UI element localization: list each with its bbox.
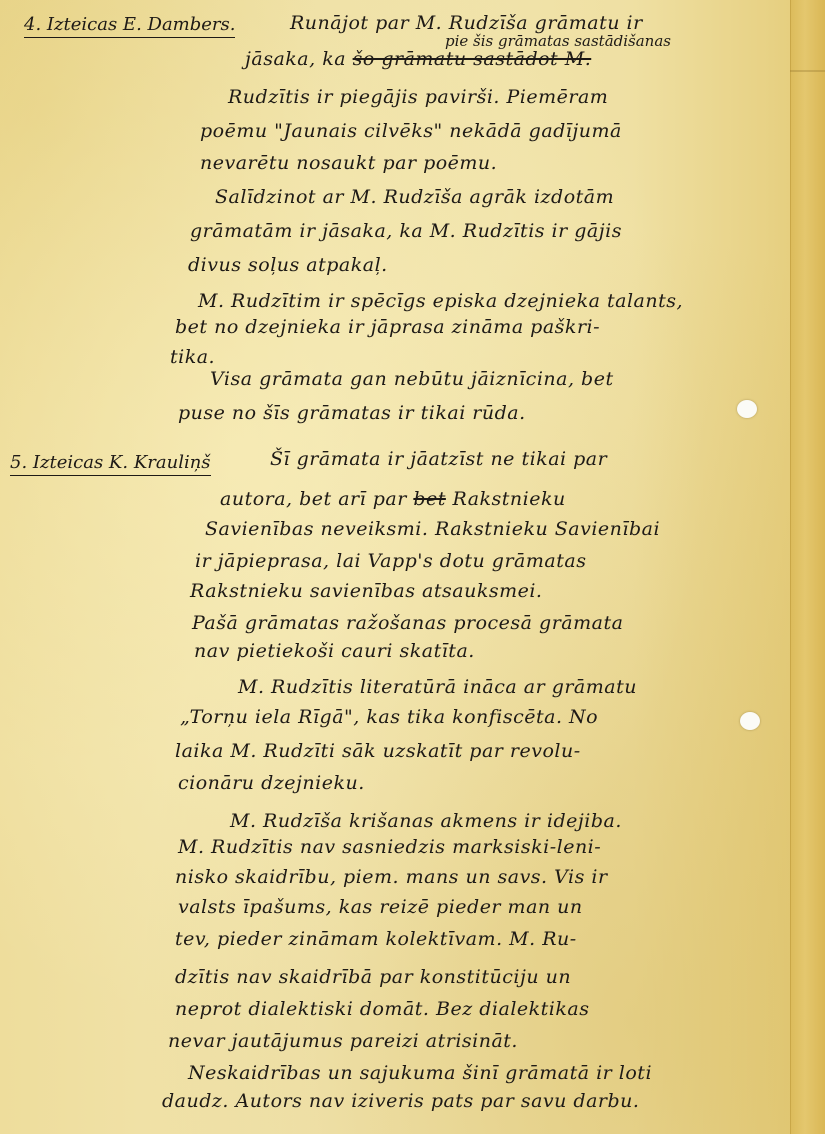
text-line: Rakstnieku savienības atsauksmei. [190, 580, 542, 602]
text-line: nisko skaidrību, piem. mans un savs. Vis… [175, 866, 608, 888]
text-line: Salīdzinot ar M. Rudzīša agrāk izdotām [215, 186, 614, 208]
text-line: jāsaka, ka šo grāmatu sastādot M. [245, 48, 591, 70]
text-line: Šī grāmata ir jāatzīst ne tikai par [270, 448, 607, 470]
text-line: „Torņu iela Rīgā", kas tika konfiscēta. … [180, 706, 598, 728]
punch-hole [740, 712, 760, 730]
text-line: autora, bet arī par bet Rakstnieku [220, 488, 566, 510]
text-line: puse no šīs grāmatas ir tikai rūda. [178, 402, 526, 424]
text-fragment: jāsaka, ka [245, 48, 346, 70]
text-line: Rudzītis ir piegājis pavirši. Piemēram [228, 86, 608, 108]
text-line: daudz. Autors nav iziveris pats par savu… [162, 1090, 639, 1112]
section-heading-5: 5. Izteicas K. Krauliņš [10, 452, 211, 476]
text-line: grāmatām ir jāsaka, ka M. Rudzītis ir gā… [190, 220, 622, 242]
paper-edge-strip [790, 0, 825, 1134]
text-line: M. Rudzītim ir spēcīgs episka dzejnieka … [198, 290, 683, 312]
speaker-name: Izteicas E. Dambers. [47, 14, 236, 35]
text-line: cionāru dzejnieku. [178, 772, 365, 794]
struck-text: bet [413, 488, 446, 510]
text-line: bet no dzejnieka ir jāprasa zināma paškr… [175, 316, 600, 338]
text-line: nav pietiekoši cauri skatīta. [194, 640, 475, 662]
text-line: tev, pieder zināmam kolektīvam. M. Ru- [175, 928, 577, 950]
text-line: nevarētu nosaukt par poēmu. [200, 152, 497, 174]
section-heading-4: 4. Izteicas E. Dambers. [24, 14, 235, 38]
text-line: Pašā grāmatas ražošanas procesā grāmata [192, 612, 623, 634]
text-line: ir jāpieprasa, lai Vapp's dotu grāmatas [195, 550, 586, 572]
punch-hole [737, 400, 757, 418]
paper-crease [790, 70, 825, 72]
speaker-name: Izteicas K. Krauliņš [33, 452, 211, 473]
text-line: laika M. Rudzīti sāk uzskatīt par revolu… [175, 740, 581, 762]
text-line: Runājot par M. Rudzīša grāmatu ir [290, 12, 643, 34]
text-line: valsts īpašums, kas reizē pieder man un [178, 896, 583, 918]
text-line: Visa grāmata gan nebūtu jāiznīcina, bet [210, 368, 614, 390]
text-line: poēmu "Jaunais cilvēks" nekādā gadījumā [200, 120, 622, 142]
text-line: Neskaidrības un sajukuma šinī grāmatā ir… [188, 1062, 652, 1084]
text-line: dzītis nav skaidrībā par konstitūciju un [175, 966, 571, 988]
text-line: M. Rudzītis literatūrā ināca ar grāmatu [238, 676, 637, 698]
text-line: M. Rudzīša krišanas akmens ir idejiba. [230, 810, 622, 832]
text-line: neprot dialektiski domāt. Bez dialektika… [175, 998, 589, 1020]
struck-text: šo grāmatu sastādot M. [353, 48, 592, 70]
text-line: Savienības neveiksmi. Rakstnieku Savienī… [205, 518, 660, 540]
text-line: M. Rudzītis nav sasniedzis marksiski-len… [178, 836, 601, 858]
section-number: 4. [24, 14, 41, 35]
text-fragment: autora, bet arī par [220, 488, 407, 510]
text-line: nevar jautājumus pareizi atrisināt. [168, 1030, 518, 1052]
text-line: tika. [170, 346, 215, 368]
text-line: divus soļus atpakaļ. [188, 254, 388, 276]
section-number: 5. [10, 452, 27, 473]
text-fragment: Rakstnieku [452, 488, 565, 510]
